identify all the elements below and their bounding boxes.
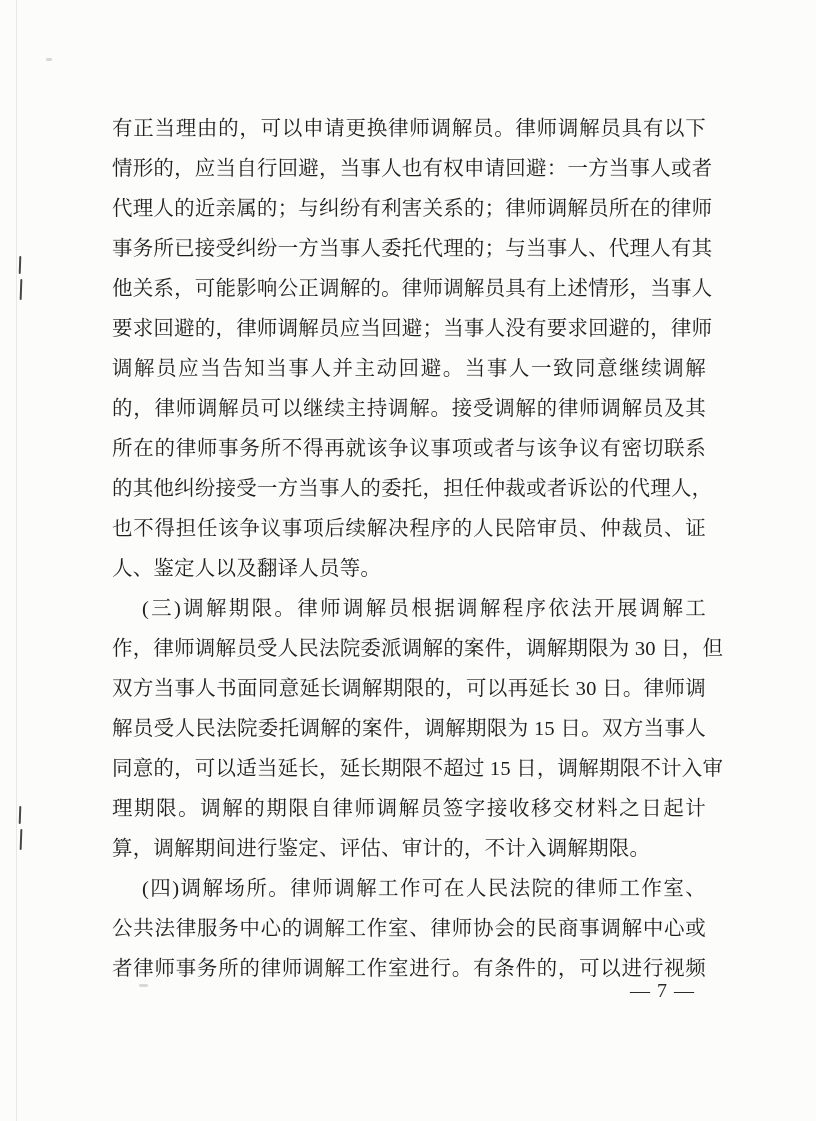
document-line: 的，律师调解员可以继续主持调解。接受调解的律师调解员及其 — [112, 389, 706, 429]
page-number: — 7 — — [630, 979, 695, 1003]
document-line: 作，律师调解员受人民法院委派调解的案件，调解期限为 30 日，但 — [112, 629, 706, 669]
document-line: (四)调解场所。律师调解工作可在人民法院的律师工作室、 — [112, 869, 706, 909]
document-line: 双方当事人书面同意延长调解期限的，可以再延长 30 日。律师调 — [112, 669, 706, 709]
binding-mark — [20, 829, 23, 850]
document-line: 人、鉴定人以及翻译人员等。 — [112, 549, 706, 589]
document-line: 他关系，可能影响公正调解的。律师调解员具有上述情形，当事人 — [112, 269, 706, 309]
document-line: 算，调解期间进行鉴定、评估、审计的，不计入调解期限。 — [112, 829, 706, 869]
scanned-document-page: 有正当理由的，可以申请更换律师调解员。律师调解员具有以下情形的，应当自行回避，当… — [0, 0, 816, 1121]
document-line: 调解员应当告知当事人并主动回避。当事人一致同意继续调解 — [112, 349, 706, 389]
scan-speck — [46, 58, 52, 61]
document-line: 所在的律师事务所不得再就该争议事项或者与该争议有密切联系 — [112, 429, 706, 469]
binding-mark — [20, 279, 23, 300]
document-line: 理期限。调解的期限自律师调解员签字接收移交材料之日起计 — [112, 789, 706, 829]
document-line: 解员受人民法院委托调解的案件，调解期限为 15 日。双方当事人 — [112, 709, 706, 749]
binding-mark — [19, 256, 22, 274]
document-line: 要求回避的，律师调解员应当回避；当事人没有要求回避的，律师 — [112, 309, 706, 349]
binding-mark — [19, 806, 22, 824]
document-line: 同意的，可以适当延长，延长期限不超过 15 日，调解期限不计入审 — [112, 749, 706, 789]
document-line: 也不得担任该争议事项后续解决程序的人民陪审员、仲裁员、证 — [112, 509, 706, 549]
document-line: 事务所已接受纠纷一方当事人委托代理的；与当事人、代理人有其 — [112, 229, 706, 269]
document-line: 代理人的近亲属的；与纠纷有利害关系的；律师调解员所在的律师 — [112, 189, 706, 229]
document-line: (三)调解期限。律师调解员根据调解程序依法开展调解工 — [112, 589, 706, 629]
scan-edge-line — [16, 0, 17, 1121]
document-line: 者律师事务所的律师调解工作室进行。有条件的，可以进行视频 — [112, 949, 706, 989]
document-body: 有正当理由的，可以申请更换律师调解员。律师调解员具有以下情形的，应当自行回避，当… — [112, 109, 706, 989]
document-line: 公共法律服务中心的调解工作室、律师协会的民商事调解中心或 — [112, 909, 706, 949]
document-line: 情形的，应当自行回避，当事人也有权申请回避：一方当事人或者 — [112, 149, 706, 189]
document-line: 有正当理由的，可以申请更换律师调解员。律师调解员具有以下 — [112, 109, 706, 149]
document-line: 的其他纠纷接受一方当事人的委托，担任仲裁或者诉讼的代理人， — [112, 469, 706, 509]
